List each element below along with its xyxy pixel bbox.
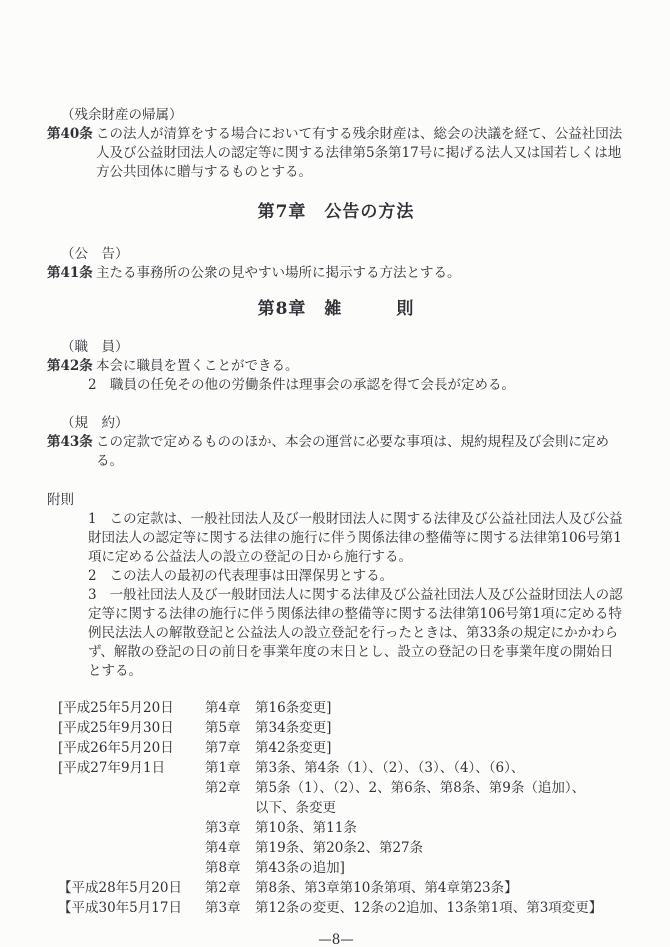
amendment-row: 第8章 第43条の追加] [58, 858, 625, 878]
amendment-desc: 第3条、第4条（1）、（2）、（3）、（4）、（6）、 [255, 758, 625, 778]
amendment-chapter: 第2章 [205, 778, 255, 798]
amendment-chapter: 第3章 [205, 818, 255, 838]
chapter-8-heading: 第8章 雑 則 [47, 297, 625, 321]
amendment-chapter: 第2章 [205, 878, 255, 898]
amendment-row: [平成26年5月20日 第7章 第42条変更] [58, 738, 625, 758]
amendment-row: [平成27年9月1日 第1章 第3条、第4条（1）、（2）、（3）、（4）、（6… [58, 758, 625, 778]
article-43-body: 第43条 この定款で定めるもののほか、本会の運営に必要な事項は、規約規程及び会則… [47, 433, 625, 471]
article-40-number: 第40条 [47, 125, 96, 182]
amendment-desc: 第12条の変更、12条の2追加、13条第1項、第3項変更】 [255, 898, 625, 918]
amendment-desc: 第34条変更] [255, 718, 625, 738]
supplementary-item-1-text: この定款は、一般社団法人及び一般財団法人に関する法律及び公益社団法人及び公益財団… [88, 511, 623, 565]
amendment-chapter: 第1章 [205, 758, 255, 778]
document-content: （残余財産の帰属） 第40条 この法人が清算をする場合において有する残余財産は、… [0, 0, 670, 947]
supplementary-item-1-number: 1 [88, 511, 97, 527]
chapter-7-heading: 第7章 公告の方法 [47, 200, 625, 224]
supplementary-item-3-number: 3 [88, 587, 97, 603]
amendment-desc: 第43条の追加] [255, 858, 625, 878]
supplementary-item-2: 2この法人の最初の代表理事は田澤保男とする。 [88, 567, 625, 586]
amendment-desc: 第16条変更] [255, 698, 625, 718]
amendment-desc: 第8条、第3章第10条第項、第4章第23条】 [255, 878, 625, 898]
amendment-desc: 以下、条変更 [255, 798, 625, 818]
amendment-row: 【平成28年5月20日 第2章 第8条、第3章第10条第項、第4章第23条】 [58, 878, 625, 898]
article-43-section: （規 約） 第43条 この定款で定めるもののほか、本会の運営に必要な事項は、規約… [47, 414, 625, 471]
supplementary-provisions: 附則 1この定款は、一般社団法人及び一般財団法人に関する法律及び公益社団法人及び… [47, 491, 625, 681]
article-41-caption: （公 告） [61, 245, 625, 264]
article-42-caption: （職 員） [61, 338, 625, 357]
amendment-row: 以下、条変更 [58, 798, 625, 818]
supplementary-item-3: 3一般社団法人及び一般財団法人に関する法律及び公益社団法人及び公益財団法人の認定… [88, 586, 625, 681]
amendment-date: 【平成30年5月17日 [58, 898, 205, 918]
amendment-date [58, 818, 205, 838]
article-42-subitem-number: 2 [88, 376, 110, 395]
amendment-chapter: 第4章 [205, 838, 255, 858]
article-43-caption: （規 約） [61, 414, 625, 433]
amendment-desc: 第10条、第11条 [255, 818, 625, 838]
supplementary-item-1: 1この定款は、一般社団法人及び一般財団法人に関する法律及び公益社団法人及び公益財… [88, 510, 625, 567]
supplementary-item-3-text: 一般社団法人及び一般財団法人に関する法律及び公益社団法人及び公益財団法人の認定等… [88, 587, 623, 679]
article-43-text: この定款で定めるもののほか、本会の運営に必要な事項は、規約規程及び会則に定める。 [96, 433, 625, 471]
article-42-subitem-text: 職員の任免その他の労働条件は理事会の承認を得て会長が定める。 [110, 376, 625, 395]
amendment-row: 第3章 第10条、第11条 [58, 818, 625, 838]
amendment-date [58, 798, 205, 818]
amendment-row: [平成25年9月30日 第5章 第34条変更] [58, 718, 625, 738]
article-41-body: 第41条 主たる事務所の公衆の見やすい場所に掲示する方法とする。 [47, 264, 625, 283]
article-41-section: （公 告） 第41条 主たる事務所の公衆の見やすい場所に掲示する方法とする。 [47, 245, 625, 283]
amendment-row: 【平成30年5月17日 第3章 第12条の変更、12条の2追加、13条第1項、第… [58, 898, 625, 918]
amendment-chapter: 第7章 [205, 738, 255, 758]
amendment-chapter: 第8章 [205, 858, 255, 878]
amendment-date [58, 778, 205, 798]
amendment-chapter [205, 798, 255, 818]
amendment-history: [平成25年5月20日 第4章 第16条変更] [平成25年9月30日 第5章 … [47, 698, 625, 918]
amendment-chapter: 第4章 [205, 698, 255, 718]
document-page: （残余財産の帰属） 第40条 この法人が清算をする場合において有する残余財産は、… [0, 0, 670, 947]
article-42-body: 第42条 本会に職員を置くことができる。 [47, 357, 625, 376]
amendment-chapter: 第5章 [205, 718, 255, 738]
article-40-section: （残余財産の帰属） 第40条 この法人が清算をする場合において有する残余財産は、… [47, 106, 625, 182]
article-42-text: 本会に職員を置くことができる。 [96, 357, 625, 376]
article-40-caption: （残余財産の帰属） [61, 106, 625, 125]
amendment-date: [平成27年9月1日 [58, 758, 205, 778]
article-41-number: 第41条 [47, 264, 96, 283]
amendment-date: [平成25年5月20日 [58, 698, 205, 718]
article-40-body: 第40条 この法人が清算をする場合において有する残余財産は、総会の決議を経て、公… [47, 125, 625, 182]
amendment-date [58, 838, 205, 858]
amendment-date [58, 858, 205, 878]
amendment-date: 【平成28年5月20日 [58, 878, 205, 898]
amendment-desc: 第42条変更] [255, 738, 625, 758]
amendment-chapter: 第3章 [205, 898, 255, 918]
article-43-number: 第43条 [47, 433, 96, 471]
page-number: —8— [47, 931, 625, 947]
amendment-row: 第2章 第5条（1）、（2）、2、第6条、第8条、第9条（追加）、 [58, 778, 625, 798]
article-40-text: この法人が清算をする場合において有する残余財産は、総会の決議を経て、公益社団法人… [96, 125, 625, 182]
article-42-number: 第42条 [47, 357, 96, 376]
amendment-date: [平成25年9月30日 [58, 718, 205, 738]
supplementary-item-2-number: 2 [88, 568, 97, 584]
amendment-date: [平成26年5月20日 [58, 738, 205, 758]
article-42-subitem: 2 職員の任免その他の労働条件は理事会の承認を得て会長が定める。 [88, 376, 625, 395]
amendment-desc: 第19条、第20条2、第27条 [255, 838, 625, 858]
amendment-row: 第4章 第19条、第20条2、第27条 [58, 838, 625, 858]
article-42-section: （職 員） 第42条 本会に職員を置くことができる。 2 職員の任免その他の労働… [47, 338, 625, 395]
article-41-text: 主たる事務所の公衆の見やすい場所に掲示する方法とする。 [96, 264, 625, 283]
amendment-desc: 第5条（1）、（2）、2、第6条、第8条、第9条（追加）、 [255, 778, 625, 798]
supplementary-title: 附則 [47, 491, 625, 510]
amendment-row: [平成25年5月20日 第4章 第16条変更] [58, 698, 625, 718]
supplementary-item-2-text: この法人の最初の代表理事は田澤保男とする。 [110, 568, 394, 584]
